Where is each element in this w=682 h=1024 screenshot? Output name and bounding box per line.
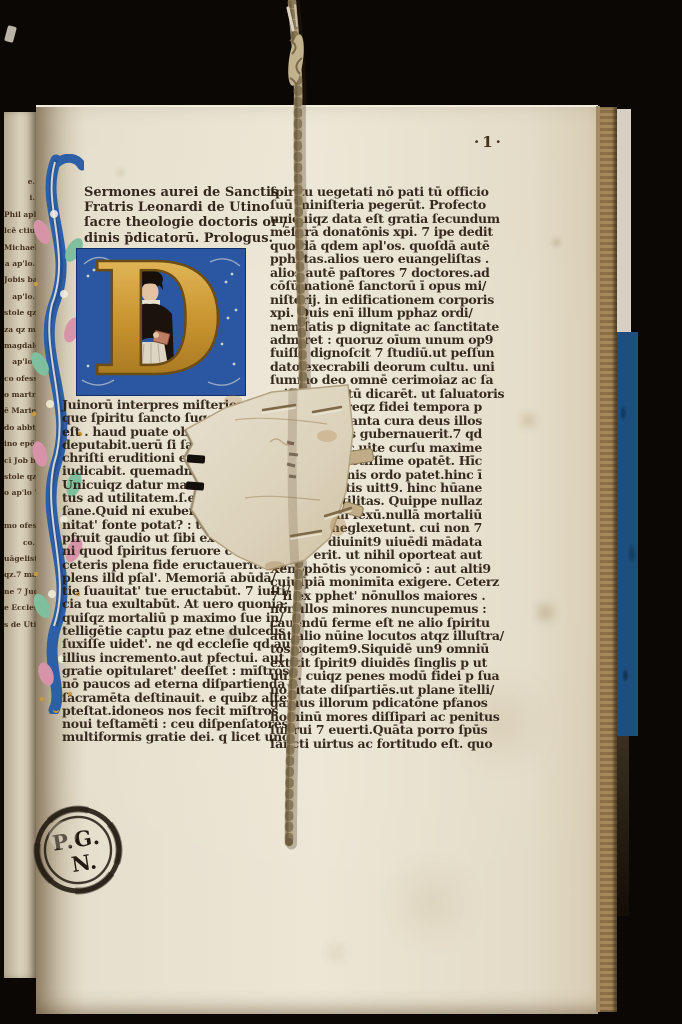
text-line: hominū mores diſſipari ac penitus (270, 710, 482, 723)
corner-speck (4, 25, 17, 43)
text-line: pteſtat.idoneos nos fecit mīſtros (62, 704, 270, 717)
text-line: cauendū ferme eſt ne alio ſpiritu (270, 616, 482, 629)
text-line: nōnullos minores nuncupemus : (270, 602, 482, 615)
outer-leaf-edge (617, 109, 631, 332)
text-line: nō paucos ad eterna diſpartienda (62, 677, 270, 690)
text-line: extitit ſpirit9 diuidēs ſinglis p ut (270, 656, 482, 669)
text-line: ſuxiſſe uidet'. ne qd eccleſie qd aut (62, 637, 270, 650)
text-line: ſubrui 7 euerti.Quāta porro ſpūs (270, 723, 482, 736)
text-line: illius incremento.aut pfectui. aut (62, 651, 270, 664)
border-finial (51, 701, 61, 711)
text-line: dato execrabili deorum cultu. uni (270, 360, 482, 373)
folio-number: ·1· (474, 133, 504, 151)
text-line: cōſūmationē ſanctorū ī opus mi/ (270, 279, 482, 292)
text-line: ſuū miniſteria pegerūt. Profecto (270, 198, 482, 211)
cord-knot (285, 5, 306, 92)
text-line: ſpiritu uegetati nō pati tū officio (270, 185, 482, 198)
text-line: noui teſtamēti : ceu diſpenſatores (62, 717, 270, 730)
photograph: e.i.Phil apl'slcē ctius.Michaelis.a ap'l… (0, 0, 682, 1024)
lower-edge-shadow (617, 736, 629, 916)
text-line: gamus illorum pdicatōne pfanos (270, 696, 482, 709)
text-line: xpi. Quis enī illum pphaz ordi/ (270, 306, 482, 319)
text-line: admiret : quoruz oīum unum op9 (270, 333, 482, 346)
text-line: niſterij. in edificationem corporis (270, 293, 482, 306)
text-line: tie ſuauitat' tue eructabūt. 7 iuſti/ (62, 584, 270, 597)
text-line: tos cogitem9.Siquidē un9 omniū (270, 642, 482, 655)
text-line: dinis p̄dicatorū. Prologus. (84, 231, 280, 246)
fore-edge-blue-marble (617, 332, 638, 736)
foxing-stains (36, 107, 37, 108)
text-line: multiformis gratie dei. q licet uno (62, 730, 270, 743)
page-stack-edge (600, 107, 617, 1012)
text-line: fuiſſe dignoſcit 7 ſtudiū.ut peſſun (270, 346, 482, 359)
text-line: Sermones aurei de Sanctis (84, 185, 280, 200)
library-stamp: P.G. N. (26, 798, 130, 902)
illuminated-initial-d: D (76, 248, 246, 396)
text-line: cia tua exultabūt. At uero quonia; (62, 597, 270, 610)
text-line: ſancti uirtus ac fortitudo eſt. quo (270, 737, 482, 750)
text-line: uult. cuiqz penes modū fidei p ſua (270, 669, 482, 682)
text-line: ſacramēta deſtinauit. e quibz alter (62, 691, 270, 704)
text-line: mēſurā donatōnis xpi. 7 ipe dedit (270, 225, 482, 238)
initial-letter: D (90, 248, 224, 396)
text-line: alios autē paſtores 7 doctores.ad (270, 266, 482, 279)
text-line: telligētie captu paz etne dulcedīs (62, 624, 270, 637)
text-line: nem ſatis p dignitate ac ſanctitate (270, 320, 482, 333)
text-line: Fratris Leonardi de Utino (84, 200, 280, 215)
text-line: quiſqz mortaliū p maximo ſue in/ (62, 611, 270, 624)
text-line: gratie opitularet' deeſſet : mīſtros (62, 664, 270, 677)
heading: Sermones aurei de SanctisFratris Leonard… (84, 185, 280, 246)
text-line: unicuiqz data eſt gratia ſecundum (270, 212, 482, 225)
text-line: pphetas.alios uero euangeliſtas . (270, 252, 482, 265)
text-line: quoſdā qdem apl'os. quoſdā autē (270, 239, 482, 252)
vellum-tab (175, 378, 380, 578)
stamp-letters-bottom: N. (70, 848, 99, 877)
text-line: aut alio nūine locutos atqz illuſtra/ (270, 629, 482, 642)
text-line: uolūtate diſpartiēs.ut plane ītelli/ (270, 683, 482, 696)
text-line: 7 ſi ex pphet' nōnullos maiores . (270, 589, 482, 602)
text-line: ſacre theologie doctoris or / (84, 215, 280, 230)
